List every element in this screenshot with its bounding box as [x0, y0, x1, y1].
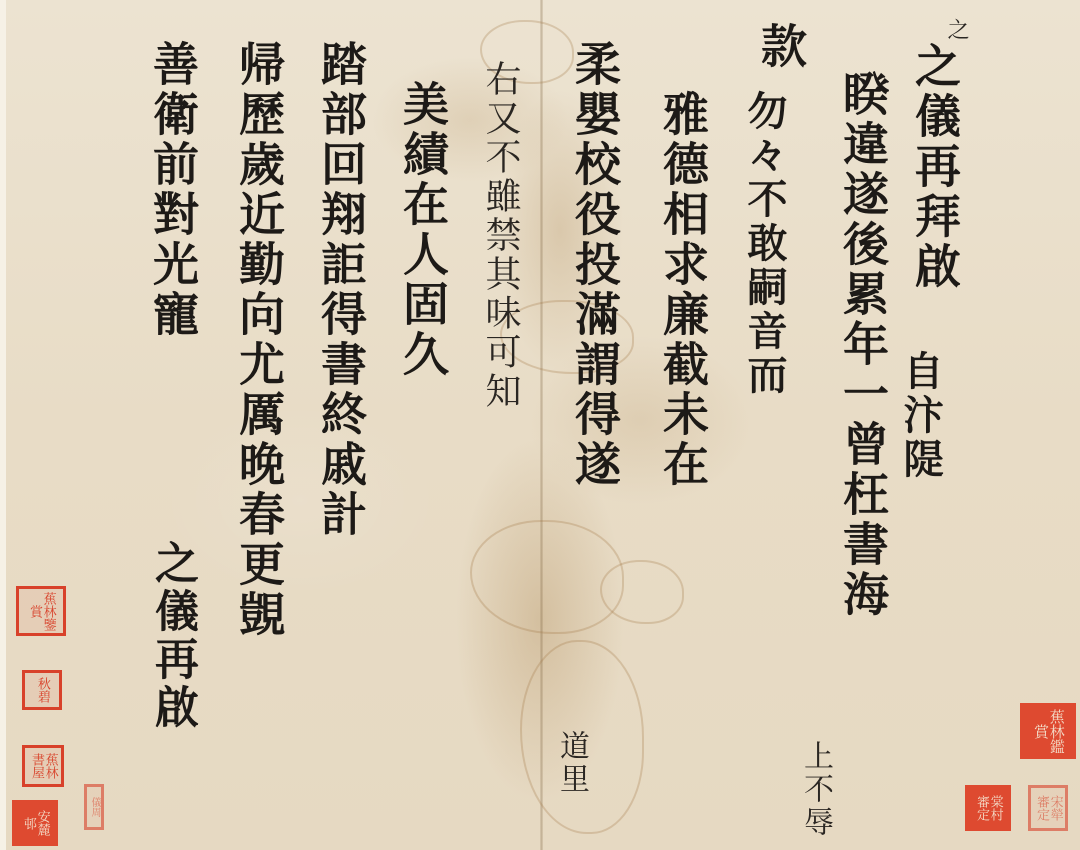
seal-collector: 蕉林鑒賞	[16, 586, 66, 636]
column-5b: 道里	[556, 730, 586, 796]
column-10: 善衛前對光寵	[150, 40, 196, 340]
column-3b: 勿々不敢嗣音而	[744, 90, 784, 398]
column-1: 之儀再拜啟	[912, 42, 958, 292]
column-2b: 上不辱	[800, 740, 830, 839]
column-4: 雅德相求廉截未在	[660, 90, 706, 490]
column-1b: 自汴隄	[900, 350, 940, 482]
seal-collector: 棠村審定	[965, 785, 1011, 831]
seal-collector: 蕉林書屋	[22, 745, 64, 787]
seal-collector: 安麓邨	[12, 800, 58, 846]
seal-collector: 宋犖審定	[1028, 785, 1068, 831]
column-6: 右又不雖禁其味可知	[482, 60, 518, 411]
column-9: 帰歷歲近勤向尤厲晚春更覬	[236, 40, 282, 640]
paper-edge	[0, 0, 6, 850]
column-5: 柔嬰校役投滿謂得遂	[572, 40, 618, 490]
calligraphy-letter: 之 之儀再拜啟 自汴隄 睽違遂後累年一曾枉書海 上不辱 款 勿々不敢嗣音而 雅德…	[0, 0, 1080, 850]
column-2: 睽違遂後累年一曾枉書海	[840, 70, 886, 620]
column-c1-prefix: 之	[945, 18, 967, 43]
column-8: 踏部回翔詎得書終戚計	[318, 40, 364, 540]
column-3: 款	[758, 22, 804, 72]
column-7: 美績在人固久	[400, 80, 446, 380]
seal-collector: 蕉林鑑賞	[1020, 703, 1076, 759]
seal-collector: 秋碧	[22, 670, 62, 710]
water-stain	[600, 560, 684, 624]
seal-collector: 儀周	[84, 784, 104, 830]
signature: 之儀再啟	[150, 540, 194, 732]
water-stain	[470, 520, 624, 634]
